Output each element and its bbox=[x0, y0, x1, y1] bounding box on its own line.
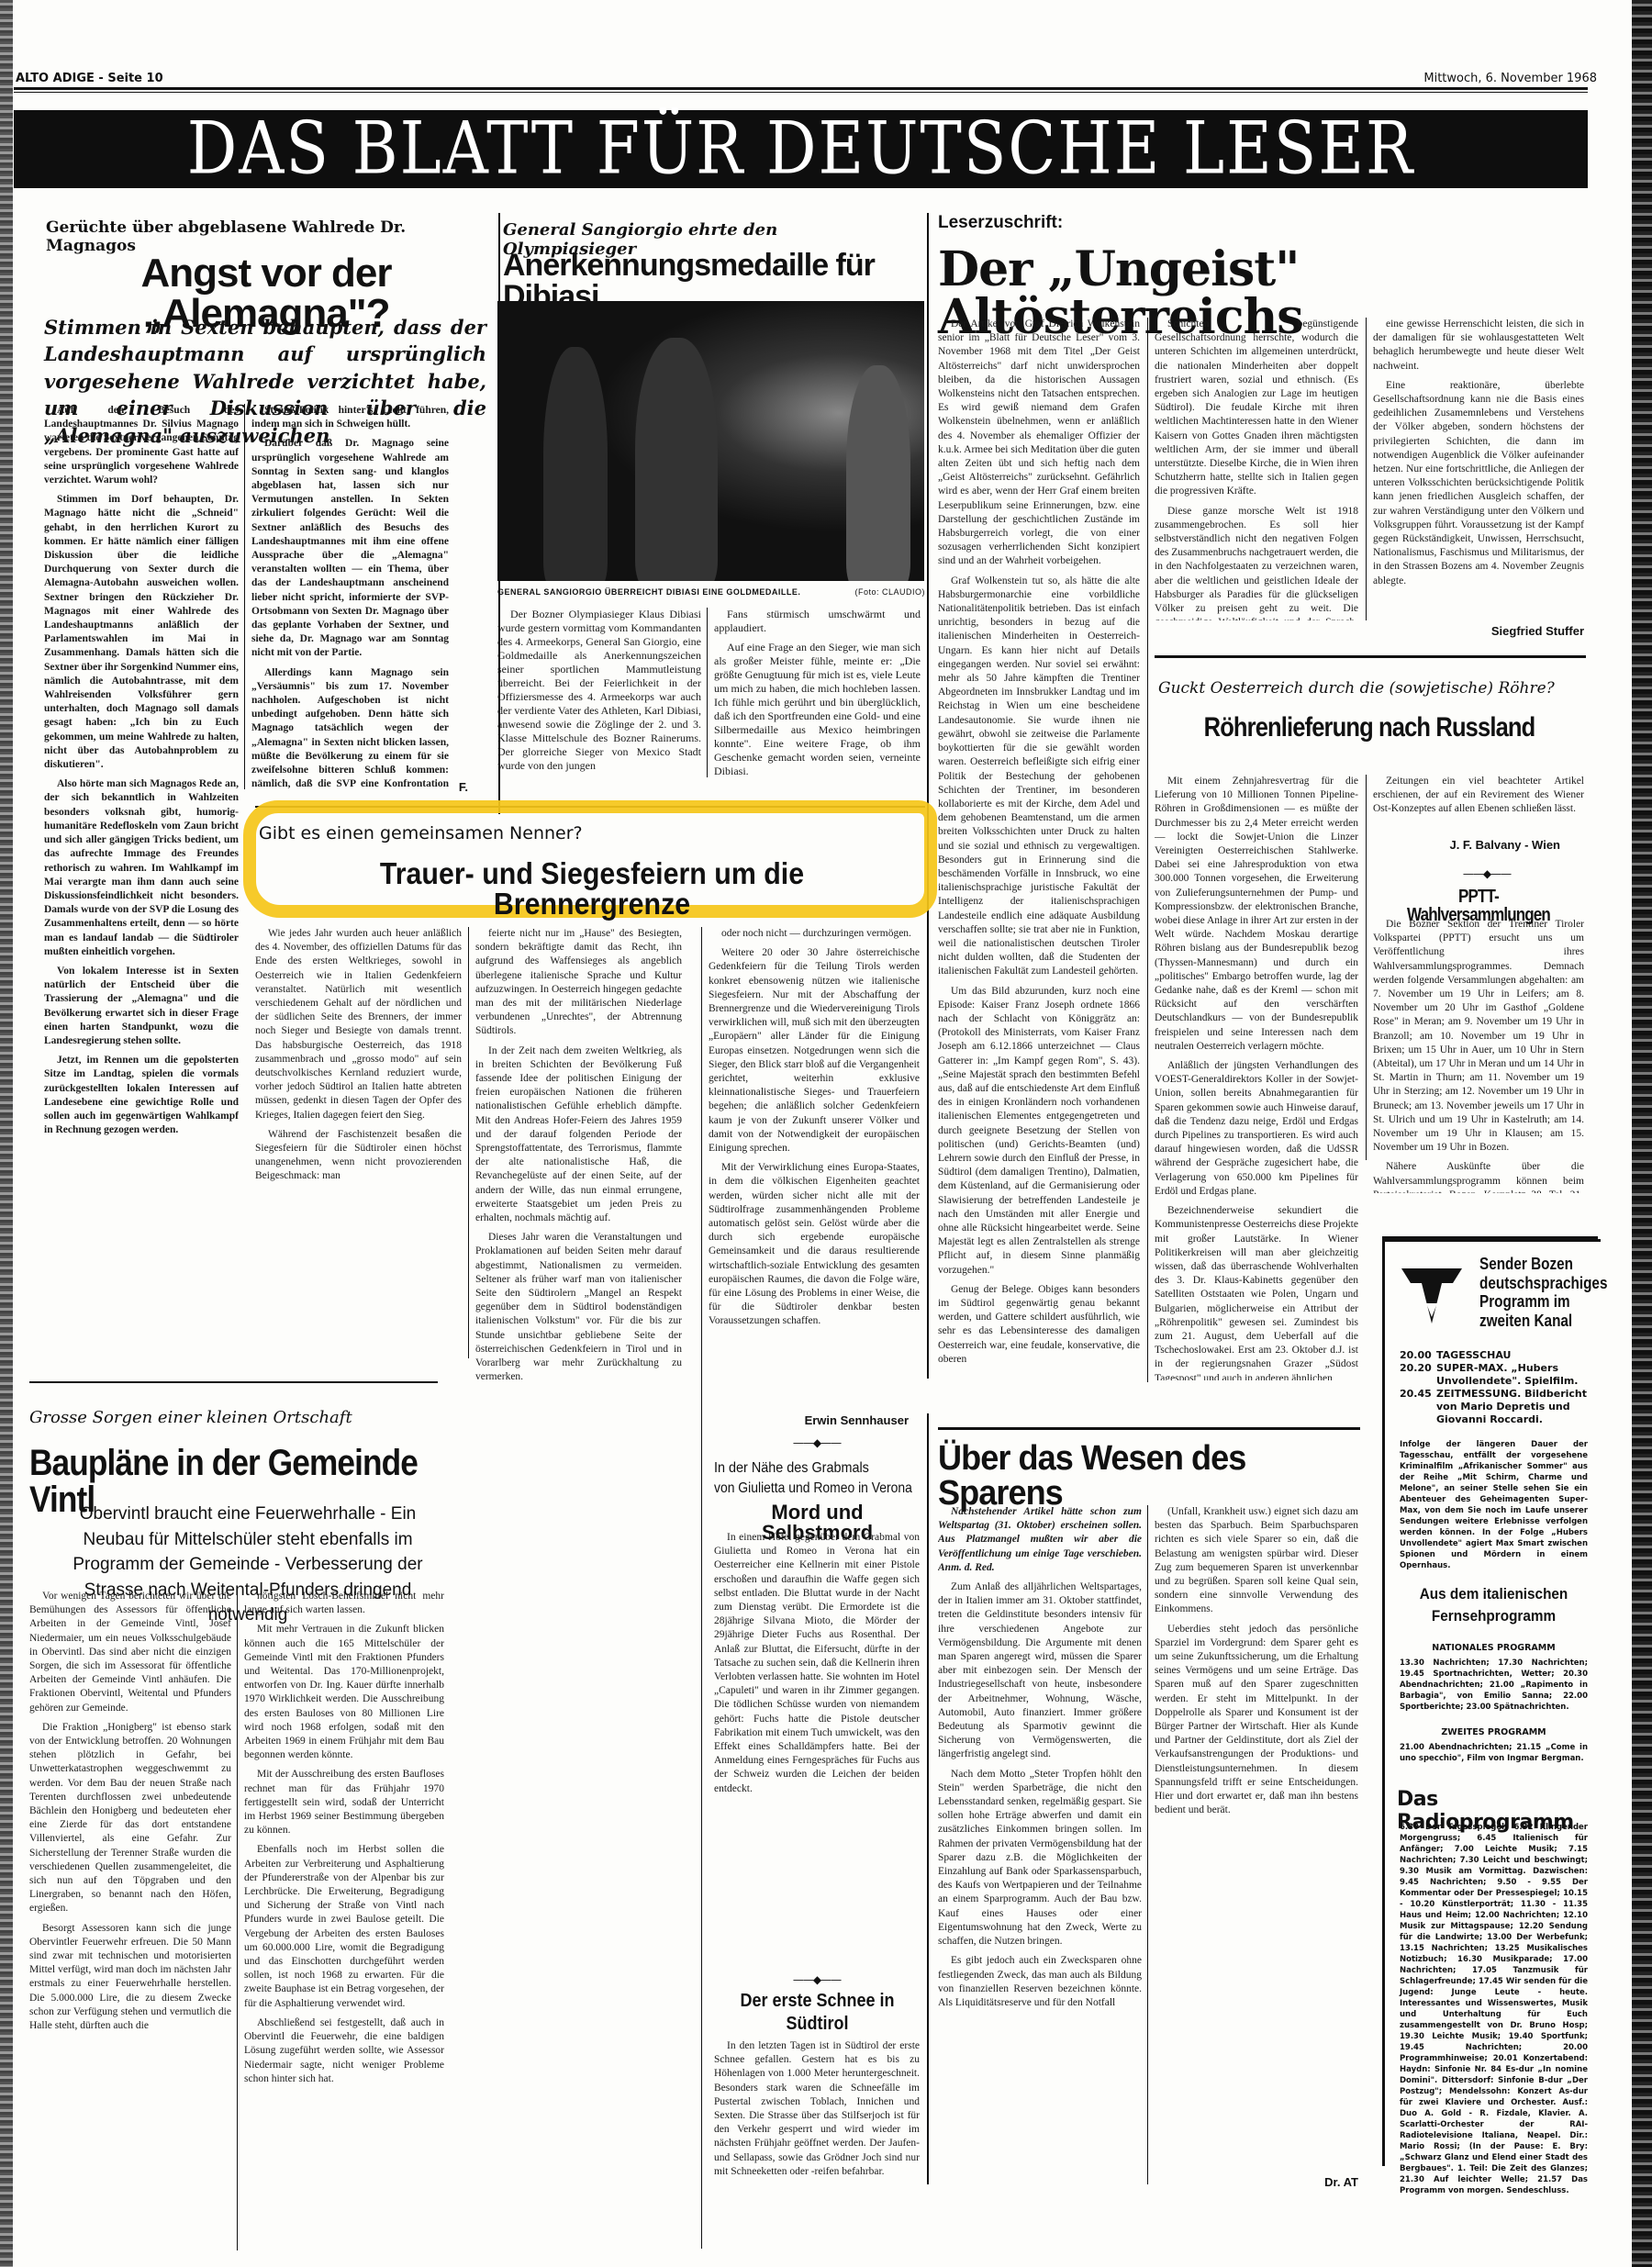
paragraph: Genug der Belege. Obiges kann besonders … bbox=[938, 1283, 1140, 1367]
paragraph: (Unfall, Krankheit usw.) eignet sich daz… bbox=[1155, 1505, 1358, 1617]
article-body-ungeist-col2: Schichten begünstigende Gesellschaftsord… bbox=[1155, 318, 1358, 620]
italian-tv-heading: Aus dem italienischen Fernsehprogramm bbox=[1405, 1583, 1583, 1627]
signature-alemagna: F. bbox=[422, 780, 468, 794]
editor-note: Nachstehender Artikel hätte schon zum We… bbox=[938, 1505, 1142, 1575]
paragraph: Während der Faschistenzeit besaßen die S… bbox=[255, 1128, 462, 1184]
radio-program-list: 6.30 Der Tagesspiegel; 6.32 Klingender M… bbox=[1400, 1822, 1588, 2196]
headline-sparen: Über das Wesen des Sparens bbox=[938, 1441, 1356, 1511]
tv-schedule-row: 20.20SUPER-MAX. „Hubers Unvollendete". S… bbox=[1400, 1362, 1588, 1388]
photo-caption: GENERAL SANGIORGIO ÜBERREICHT DIBIASI EI… bbox=[497, 587, 809, 597]
article-body-dibiasi-col2: Fans stürmisch umschwärmt und applaudier… bbox=[714, 608, 921, 777]
column-rule bbox=[237, 1590, 238, 2250]
kicker-vintl: Grosse Sorgen einer kleinen Ortschaft bbox=[29, 1408, 433, 1427]
paragraph: Stimmen im Dorf behaupten, Dr. Magnago h… bbox=[44, 493, 239, 772]
paragraph: Eine reaktionäre, überlebte Gesellschaft… bbox=[1373, 379, 1584, 588]
second-program-list: 21.00 Abendnachrichten; 21.15 „Come in u… bbox=[1400, 1742, 1588, 1764]
article-body-vintl-col2: nötigsten Lösch-Behelfsmittel nicht mehr… bbox=[244, 1590, 444, 2250]
column-rule bbox=[927, 213, 929, 1379]
paragraph: Mit mehr Vertrauen in die Zukunft blicke… bbox=[244, 1623, 444, 1762]
signature-ungeist: Siegfried Stuffer bbox=[1432, 624, 1584, 638]
article-body-russland-col1: Mit einem Zehnjahresvertrag für die Lief… bbox=[1155, 775, 1358, 1380]
paragraph: Der Bozner Olympiasieger Klaus Dibiasi w… bbox=[497, 608, 701, 773]
tv-title-line: Sender Bozen bbox=[1479, 1255, 1589, 1274]
paragraph: Mit der Verwirklichung eines Europa-Staa… bbox=[709, 1161, 920, 1328]
paragraph: Also hörte man sich Magnagos Rede an, de… bbox=[44, 777, 239, 959]
paragraph: Schichten begünstigende Gesellschaftsord… bbox=[1155, 318, 1358, 499]
photo-figure bbox=[635, 338, 718, 581]
paragraph: Auf den Besuch des Landeshauptmannes Dr.… bbox=[44, 404, 239, 487]
photo-credit: (Foto: CLAUDIO) bbox=[817, 587, 925, 597]
paragraph: Diese ganze morsche Welt ist 1918 zusamm… bbox=[1155, 505, 1358, 620]
paragraph: Anläßlich der jüngsten Verhandlungen des… bbox=[1155, 1059, 1358, 1199]
column-rule bbox=[1366, 775, 1367, 1160]
photo-figure bbox=[846, 365, 910, 581]
paragraph: Vor wenigen Tagen berichteten wir über d… bbox=[29, 1590, 231, 1715]
schedule-time: 20.00 bbox=[1400, 1349, 1436, 1362]
tv-title-line: Programm im bbox=[1479, 1292, 1589, 1312]
article-body-alemagna-col1: Auf den Besuch des Landeshauptmannes Dr.… bbox=[44, 404, 239, 1358]
masthead: DAS BLATT FÜR DEUTSCHE LESER bbox=[14, 110, 1588, 188]
second-program-label: ZWEITES PROGRAMM bbox=[1395, 1727, 1592, 1737]
article-body-sparen-col1: Nachstehender Artikel hätte schon zum We… bbox=[938, 1505, 1142, 2258]
paragraph: Von lokalem Interesse ist in Sexten natü… bbox=[44, 965, 239, 1048]
section-rule bbox=[938, 1427, 1360, 1430]
paragraph: Mit einem Zehnjahresvertrag für die Lief… bbox=[1155, 775, 1358, 1054]
article-body-ungeist-col1: Der Artikel von Graf Dietrich Wolkenstei… bbox=[938, 318, 1140, 1382]
kicker-brenner: Gibt es einen gemeinsamen Nenner? bbox=[259, 823, 718, 843]
paragraph: Wie jedes Jahr wurden auch heuer anläßli… bbox=[255, 927, 462, 1122]
paragraph: In den letzten Tagen ist in Südtirol der… bbox=[714, 2039, 920, 2179]
kicker-ungeist: Leserzuschrift: bbox=[938, 213, 1213, 233]
headline-russland: Röhrenlieferung nach Russland bbox=[1190, 714, 1549, 742]
column-rule bbox=[1147, 1505, 1148, 2184]
article-body-schnee: In den letzten Tagen ist in Südtirol der… bbox=[714, 2039, 920, 2191]
headline-brenner: Trauer- und Siegesfeiern um die Brennerg… bbox=[292, 858, 891, 919]
paragraph: Ebenfalls noch im Herbst sollen die Arbe… bbox=[244, 1843, 444, 2010]
paragraph: Auf eine Frage an den Sieger, wie man si… bbox=[714, 641, 921, 777]
paragraph: Darüber daß Dr. Magnago seine ursprüngli… bbox=[251, 437, 449, 660]
article-body-ungeist-col3: eine gewisse Herrenschicht leisten, die … bbox=[1373, 318, 1584, 611]
column-rule bbox=[701, 927, 702, 2249]
paragraph: Graf Wolkenstein tut so, als hätte die a… bbox=[938, 575, 1140, 979]
paragraph: Zeitungen ein viel beachteter Artikel er… bbox=[1373, 775, 1584, 817]
paragraph: Ueberdies steht jedoch das persönliche S… bbox=[1155, 1623, 1358, 1818]
signature-russland: J. F. Balvany - Wien bbox=[1432, 838, 1560, 852]
ornament-divider: ——◆—— bbox=[780, 1973, 854, 1986]
folio-left: ALTO ADIGE - Seite 10 bbox=[16, 72, 163, 85]
article-body-russland-col2: Zeitungen ein viel beachteter Artikel er… bbox=[1373, 775, 1584, 830]
schedule-program: TAGESSCHAU bbox=[1436, 1349, 1511, 1362]
photo-dibiasi bbox=[497, 301, 924, 581]
tv-title-line: deutschsprachiges bbox=[1479, 1274, 1589, 1293]
paragraph: Fans stürmisch umschwärmt und applaudier… bbox=[714, 608, 921, 635]
article-body-alemagna-col2: Strauß-Politik hinter's Licht führen, in… bbox=[251, 404, 449, 789]
column-rule bbox=[1147, 318, 1148, 1382]
ornament-divider: ——◆—— bbox=[1432, 867, 1542, 880]
paragraph: feierte nicht nur im „Hause" des Besiegt… bbox=[475, 927, 682, 1039]
headline-verona-line2: von Giulietta und Romeo in Verona bbox=[714, 1480, 914, 1499]
paragraph: Strauß-Politik hinter's Licht führen, in… bbox=[251, 404, 449, 431]
paragraph: nötigsten Lösch-Behelfsmittel nicht mehr… bbox=[244, 1590, 444, 1617]
scan-edge-left bbox=[0, 0, 13, 2267]
paragraph: Die Bozner Sektion der Trentiner Tiroler… bbox=[1373, 918, 1584, 1155]
national-program-label: NATIONALES PROGRAMM bbox=[1395, 1643, 1592, 1653]
tv-title-line: zweiten Kanal bbox=[1479, 1312, 1589, 1331]
signature-sparen: Dr. AT bbox=[1285, 2175, 1358, 2189]
paragraph: Es gibt jedoch auch ein Zwecksparen ohne… bbox=[938, 1954, 1142, 2010]
paragraph: In einem Hotel gegenüber dem Grabmal von… bbox=[714, 1531, 920, 1796]
column-rule bbox=[927, 1413, 929, 2184]
tv-notice: Infolge der längeren Dauer der Tagesscha… bbox=[1400, 1439, 1588, 1571]
headline-verona-line1: In der Nähe des Grabmals bbox=[714, 1459, 900, 1479]
folio-date: Mittwoch, 6. November 1968 bbox=[1423, 72, 1597, 85]
paragraph: Jetzt, im Rennen um die gepolsterten Sit… bbox=[44, 1054, 239, 1137]
paragraph: Allerdings kann Magnago sein „Versäumnis… bbox=[251, 666, 449, 789]
article-body-sparen-col2: (Unfall, Krankheit usw.) eignet sich daz… bbox=[1155, 1505, 1358, 2184]
tv-title: Sender Bozen deutschsprachiges Programm … bbox=[1479, 1255, 1608, 1331]
photo-figure bbox=[543, 347, 608, 581]
kicker-russland: Guckt Oesterreich durch die (sowjetische… bbox=[1158, 679, 1580, 698]
schedule-time: 20.20 bbox=[1400, 1362, 1436, 1388]
paragraph: Zum Anlaß des alljährlichen Weltspartage… bbox=[938, 1580, 1142, 1762]
rai-tv-logo-icon bbox=[1400, 1267, 1464, 1327]
schedule-program: SUPER-MAX. „Hubers Unvollendete". Spielf… bbox=[1436, 1362, 1588, 1388]
tv-schedule: 20.00TAGESSCHAU 20.20SUPER-MAX. „Hubers … bbox=[1400, 1349, 1588, 1426]
column-rule bbox=[468, 927, 469, 1358]
paragraph: Dieses Jahr waren die Veranstaltungen un… bbox=[475, 1231, 682, 1384]
paragraph: Der Artikel von Graf Dietrich Wolkenstei… bbox=[938, 318, 1140, 569]
paragraph: Um das Bild abzurunden, kurz noch eine E… bbox=[938, 985, 1140, 1278]
article-body-pptt: Die Bozner Sektion der Trentiner Tiroler… bbox=[1373, 918, 1584, 1193]
paragraph: eine gewisse Herrenschicht leisten, die … bbox=[1373, 318, 1584, 374]
schedule-program: ZEITMESSUNG. Bildbericht von Mario Depre… bbox=[1436, 1388, 1588, 1426]
paragraph: Die Fraktion „Honigberg" ist ebenso star… bbox=[29, 1721, 231, 1916]
section-rule bbox=[1155, 655, 1586, 658]
top-rule bbox=[14, 87, 1588, 93]
paragraph: Besorgt Assessoren kann sich die junge O… bbox=[29, 1922, 231, 2034]
article-body-dibiasi-col1: Der Bozner Olympiasieger Klaus Dibiasi w… bbox=[497, 608, 701, 777]
paragraph: Weitere 20 oder 30 Jahre österreichische… bbox=[709, 946, 920, 1156]
paragraph: oder noch nicht — durchzuringen vermögen… bbox=[709, 927, 920, 941]
paragraph: Mit der Ausschreibung des ersten Bauflos… bbox=[244, 1768, 444, 1837]
column-rule bbox=[707, 608, 708, 777]
ornament-divider: ——◆—— bbox=[780, 1436, 854, 1449]
headline-schnee: Der erste Schnee in Südtirol bbox=[724, 1990, 910, 2036]
newspaper-page: ALTO ADIGE - Seite 10 Mittwoch, 6. Novem… bbox=[0, 0, 1652, 2267]
article-body-brenner-col3: oder noch nicht — durchzuringen vermögen… bbox=[709, 927, 920, 1395]
paragraph: Bezeichnenderweise sekundiert die Kommun… bbox=[1155, 1204, 1358, 1380]
scan-edge-right bbox=[1632, 0, 1652, 2267]
paragraph: Abschließend sei festgestellt, daß auch … bbox=[244, 2016, 444, 2086]
tv-schedule-row: 20.00TAGESSCHAU bbox=[1400, 1349, 1588, 1362]
article-body-vintl-col1: Vor wenigen Tagen berichteten wir über d… bbox=[29, 1590, 231, 2250]
masthead-title: DAS BLATT FÜR DEUTSCHE LESER bbox=[187, 105, 1414, 195]
paragraph: Nach dem Motto „Steter Tropfen höhlt den… bbox=[938, 1768, 1142, 1949]
article-body-brenner-col1: Wie jedes Jahr wurden auch heuer anläßli… bbox=[255, 927, 462, 1358]
article-body-brenner-col2: feierte nicht nur im „Hause" des Besiegt… bbox=[475, 927, 682, 2019]
section-rule bbox=[29, 1381, 438, 1383]
tv-schedule-row: 20.45ZEITMESSUNG. Bildbericht von Mario … bbox=[1400, 1388, 1588, 1426]
kicker-alemagna: Gerüchte über abgeblasene Wahlrede Dr. M… bbox=[46, 218, 486, 255]
column-rule bbox=[244, 404, 245, 789]
schedule-time: 20.45 bbox=[1400, 1388, 1436, 1426]
signature-brenner: Erwin Sennhauser bbox=[771, 1413, 909, 1427]
article-body-verona: In einem Hotel gegenüber dem Grabmal von… bbox=[714, 1531, 920, 1912]
paragraph: In der Zeit nach dem zweiten Weltkrieg, … bbox=[475, 1044, 682, 1226]
column-rule bbox=[1366, 318, 1367, 620]
national-program-list: 13.30 Nachrichten; 17.30 Nachrichten; 19… bbox=[1400, 1658, 1588, 1713]
paragraph: Nähere Auskünfte über die Wahlversammlun… bbox=[1373, 1160, 1584, 1193]
